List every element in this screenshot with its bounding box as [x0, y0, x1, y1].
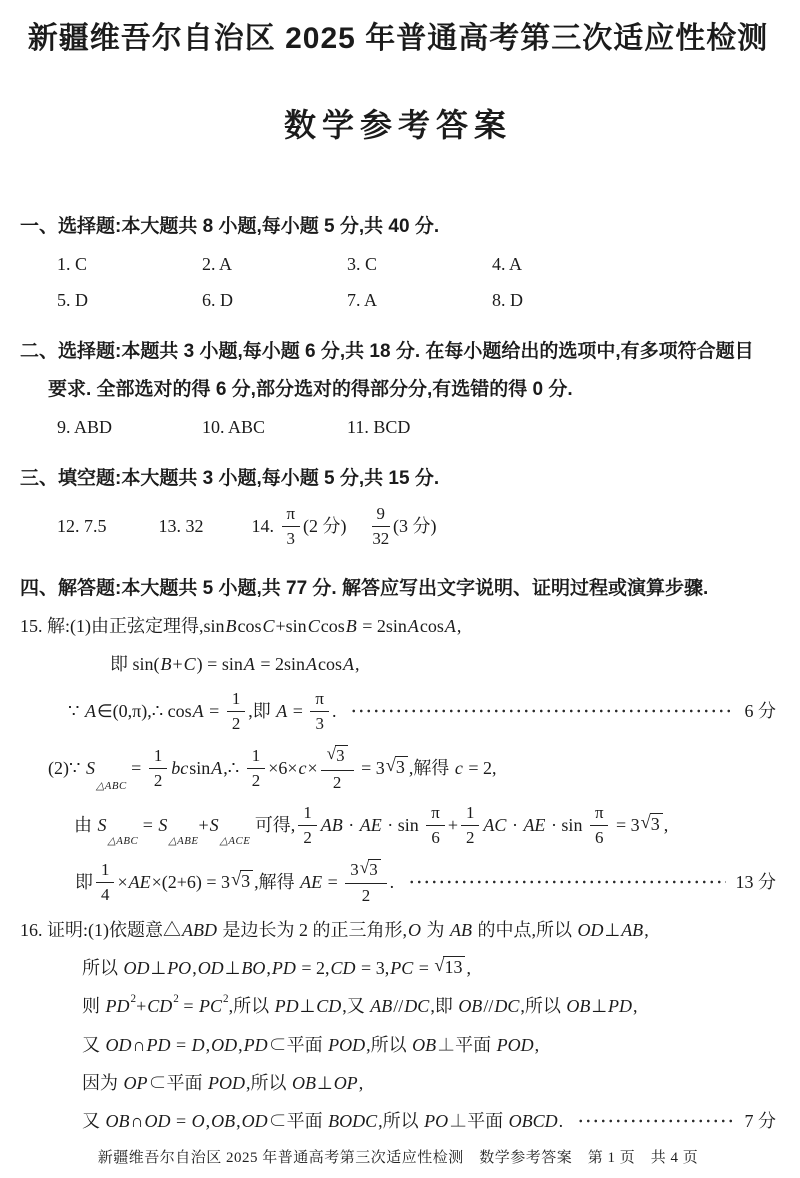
denominator: 2	[252, 769, 260, 790]
text-run: 1	[466, 804, 474, 822]
radicand: 3	[335, 745, 347, 766]
text-run: (2 分)	[303, 513, 347, 539]
denominator: 4	[101, 883, 109, 904]
text-run: +	[173, 651, 183, 677]
math-variable: C	[307, 613, 321, 639]
answer-item: 6. D	[202, 290, 347, 311]
denominator: 2	[362, 884, 370, 905]
answer-item: 4. A	[492, 254, 637, 275]
text-run: 2	[466, 829, 474, 847]
numerator: 1	[149, 746, 167, 769]
section-heading: 二、选择题:本题共 3 小题,每小题 6 分,共 18 分. 在每小题给出的选项…	[20, 339, 776, 402]
math-content: 由 S△ABC = S△ABE+S△ACE 可得,12AB · AE · sin…	[74, 803, 668, 847]
numerator: π	[426, 803, 445, 826]
math-variable: OB	[411, 1032, 437, 1058]
math-variable: PD	[243, 1032, 269, 1058]
math-variable: OD	[123, 955, 151, 981]
math-variable: B	[345, 613, 358, 639]
math-variable: CD	[315, 993, 342, 1019]
numerator: 1	[96, 860, 114, 883]
text-run: 所以	[82, 955, 123, 981]
text-run: ×(2+6) = 3	[152, 869, 230, 895]
math-variable: AB	[620, 917, 644, 943]
solution-line: 16. 证明:(1)依题意△ABD 是边长为 2 的正三角形,O 为 AB 的中…	[20, 917, 776, 943]
denominator: 2	[154, 769, 162, 790]
solution-line: 即14×AE×(2+6) = 3√3,解得 AE = 3√32.13 分	[20, 859, 776, 905]
text-run: 2	[232, 715, 240, 733]
math-variable: PO	[423, 1108, 449, 1134]
fraction: π6	[590, 803, 609, 847]
dotted-leader	[577, 1113, 734, 1129]
text-run: = 2sin	[358, 613, 407, 639]
math-variable: POD	[207, 1070, 246, 1096]
math-variable: OD	[144, 1108, 172, 1134]
math-variable: c	[454, 755, 464, 781]
text-run: 2	[154, 772, 162, 790]
text-run: ⊥	[225, 955, 241, 981]
math-variable: PC	[198, 993, 223, 1019]
math-variable: S	[85, 755, 96, 781]
numerator: 1	[227, 689, 245, 712]
math-variable: DC	[493, 993, 520, 1019]
text-run: 12. 7.5	[57, 513, 107, 539]
math-variable: A	[243, 651, 256, 677]
text-run: ,	[633, 993, 638, 1019]
math-variable: OP	[123, 1070, 149, 1096]
math-variable: PD	[274, 993, 300, 1019]
section-heading: 三、填空题:本大题共 3 小题,每小题 5 分,共 15 分.	[20, 466, 776, 492]
text-run: 2	[303, 829, 311, 847]
math-variable: B	[225, 613, 238, 639]
text-run: = 3	[357, 755, 385, 781]
math-variable: OB	[457, 993, 483, 1019]
radicand: 3	[240, 870, 253, 892]
text-run: ⊂平面	[269, 1032, 328, 1058]
section-heading: 四、解答题:本大题共 5 小题,共 77 分. 解答应写出文字说明、证明过程或演…	[20, 576, 776, 602]
math-variable: AE	[522, 812, 546, 838]
text-run: //	[483, 993, 493, 1019]
text-run: ⊂平面	[269, 1108, 328, 1134]
text-run: 2	[362, 887, 370, 905]
text-run: ⊥	[317, 1070, 333, 1096]
text-run: ,所以	[520, 993, 565, 1019]
text-run: (2)∵	[48, 755, 85, 781]
denominator: 6	[595, 826, 603, 847]
section-heading-line: 二、选择题:本题共 3 小题,每小题 6 分,共 18 分. 在每小题给出的选项…	[20, 339, 776, 365]
solution-line: 15. 解:(1)由正弦定理得,sinBcosC+sinCcosB = 2sin…	[20, 613, 776, 639]
text-run: ,∴	[223, 755, 243, 781]
text-run: ,	[359, 1070, 364, 1096]
denominator: 2	[333, 771, 341, 792]
solution-line: (2)∵ S△ABC = 12bcsinA,∴ 12×6×c×√32 = 3√3…	[20, 745, 776, 791]
text-run: 为	[422, 917, 449, 943]
text-run: =	[138, 812, 157, 838]
text-run: ·	[507, 812, 522, 838]
text-run: 3	[651, 815, 660, 835]
answer-row: 1. C2. A3. C4. A	[20, 254, 776, 275]
numerator: 1	[298, 803, 316, 826]
text-run: 又	[82, 1032, 105, 1058]
sqrt-radical: √3	[231, 870, 253, 892]
spacer-gap	[347, 525, 369, 526]
denominator: 2	[466, 826, 474, 847]
math-content: 15. 解:(1)由正弦定理得,sinBcosC+sinCcosB = 2sin…	[20, 613, 461, 639]
text-run: 3	[336, 747, 344, 766]
solution-line: 又 OD∩PD = D,OD,PD⊂平面 POD,所以 OB⊥平面 POD,	[20, 1032, 776, 1058]
text-run: ⊥平面	[449, 1108, 508, 1134]
text-run: ⊥平面	[437, 1032, 496, 1058]
math-variable: OB	[105, 1108, 131, 1134]
section-heading-line: 三、填空题:本大题共 3 小题,每小题 5 分,共 15 分.	[20, 466, 776, 492]
math-variable: OB	[291, 1070, 317, 1096]
math-variable: S	[157, 812, 168, 838]
math-variable: AB	[449, 917, 473, 943]
math-variable: A	[305, 651, 318, 677]
math-variable: OBCD	[508, 1108, 559, 1134]
text-run: ∈(0,π),∴ cos	[97, 698, 192, 724]
text-run: 3	[396, 758, 405, 778]
answer-row: 9. ABD10. ABC11. BCD	[20, 417, 776, 438]
math-content: 则 PD2+CD2 = PC2,所以 PD⊥CD,又 AB//DC,即 OB//…	[82, 993, 638, 1019]
math-variable: AE	[359, 812, 383, 838]
sqrt-radical: √3	[327, 745, 348, 766]
text-run: =	[414, 955, 433, 981]
math-variable: PD	[146, 1032, 172, 1058]
solution-line: 因为 OP⊂平面 POD,所以 OB⊥OP,	[20, 1070, 776, 1096]
math-content: 又 OD∩PD = D,OD,PD⊂平面 POD,所以 OB⊥平面 POD,	[82, 1032, 539, 1058]
text-run: ⊥	[151, 955, 167, 981]
solution-line: 12. 7.513. 3214. π3(2 分)932(3 分)	[20, 504, 776, 548]
subscript: △ABE	[168, 834, 198, 850]
text-run: 13. 32	[159, 513, 204, 539]
numerator: 1	[461, 803, 479, 826]
text-run: 1	[303, 804, 311, 822]
text-run: 3	[315, 715, 323, 733]
text-run: 1	[101, 861, 109, 879]
radicand: 3	[395, 756, 408, 778]
math-variable: OD	[577, 917, 605, 943]
fraction: 12	[149, 746, 167, 790]
text-run: 3	[350, 861, 358, 879]
solution-line: 所以 OD⊥PO,OD⊥BO,PD = 2,CD = 3,PC = √13,	[20, 955, 776, 981]
answer-item: 8. D	[492, 290, 637, 311]
math-content: 即14×AE×(2+6) = 3√3,解得 AE = 3√32.	[75, 859, 394, 905]
superscript: 2	[131, 991, 137, 1007]
text-run: 因为	[82, 1070, 123, 1096]
solution-line: 则 PD2+CD2 = PC2,所以 PD⊥CD,又 AB//DC,即 OB//…	[20, 993, 776, 1019]
text-run: ×	[117, 869, 127, 895]
denominator: 2	[232, 712, 240, 733]
solution-line: ∵ A∈(0,π),∴ cosA = 12,即 A = π3.6 分	[20, 689, 776, 733]
text-run: · sin	[383, 812, 424, 838]
math-variable: OP	[333, 1070, 359, 1096]
text-run: 14.	[252, 513, 279, 539]
math-variable: AB	[369, 993, 393, 1019]
solution-line: 又 OB∩OD = O,OB,OD⊂平面 BODC,所以 PO⊥平面 OBCD.…	[20, 1108, 776, 1134]
text-run: ∵	[68, 698, 84, 724]
text-run: 2	[252, 772, 260, 790]
section-heading-line: 一、选择题:本大题共 8 小题,每小题 5 分,共 40 分.	[20, 214, 776, 240]
text-run: 6	[431, 829, 439, 847]
text-run: ,又	[342, 993, 369, 1019]
radicand: 3	[650, 813, 663, 835]
numerator: 3√3	[345, 859, 386, 885]
text-run: //	[393, 993, 403, 1019]
radicand: 3	[368, 859, 380, 880]
fraction: 3√32	[345, 859, 386, 905]
text-run: ×6×	[268, 755, 297, 781]
text-run: =	[323, 869, 342, 895]
answer-item: 11. BCD	[347, 417, 492, 438]
text-run: = 2,	[464, 755, 497, 781]
math-variable: PD	[607, 993, 633, 1019]
text-run: 由	[74, 812, 97, 838]
math-variable: A	[192, 698, 205, 724]
text-run: .	[390, 869, 395, 895]
text-run: 即	[75, 869, 93, 895]
text-run: ,所以	[229, 993, 274, 1019]
document-page: 新疆维吾尔自治区 2025 年普通高考第三次适应性检测 数学参考答案 一、选择题…	[0, 0, 800, 1178]
text-run: .	[332, 698, 337, 724]
text-run: ,	[535, 1032, 540, 1058]
math-variable: C	[262, 613, 276, 639]
text-run: ∩	[133, 1032, 146, 1058]
sqrt-radical: √3	[386, 756, 408, 778]
fraction: 12	[461, 803, 479, 847]
text-run: 6	[595, 829, 603, 847]
math-variable: A	[444, 613, 457, 639]
math-variable: A	[342, 651, 355, 677]
fraction: 12	[247, 746, 265, 790]
answer-item: 7. A	[347, 290, 492, 311]
dotted-leader	[350, 703, 734, 719]
text-run: 1	[252, 747, 260, 765]
fraction: 932	[372, 504, 390, 548]
math-variable: PD	[105, 993, 131, 1019]
text-run: π	[287, 505, 296, 523]
math-variable: BODC	[327, 1108, 378, 1134]
math-variable: OD	[241, 1108, 269, 1134]
text-run: π	[595, 804, 604, 822]
math-variable: DC	[403, 993, 430, 1019]
text-run: +sin	[276, 613, 307, 639]
math-variable: O	[191, 1108, 206, 1134]
math-variable: c	[298, 755, 308, 781]
text-run: ·	[344, 812, 359, 838]
text-run: ×	[308, 755, 318, 781]
text-run: ,所以	[378, 1108, 423, 1134]
math-variable: POD	[496, 1032, 535, 1058]
text-run: ,即	[430, 993, 457, 1019]
superscript: 2	[223, 991, 229, 1007]
sqrt-radical: √13	[434, 956, 465, 978]
math-variable: PD	[271, 955, 297, 981]
text-run: sin	[189, 755, 210, 781]
text-run: 1	[154, 747, 162, 765]
math-variable: B	[160, 651, 173, 677]
text-run: =	[205, 698, 224, 724]
subscript: △ACE	[220, 834, 251, 850]
text-run: 2	[333, 774, 341, 792]
math-variable: A	[407, 613, 420, 639]
math-variable: AC	[482, 812, 507, 838]
text-run: 32	[372, 530, 389, 548]
math-variable: AE	[299, 869, 323, 895]
math-variable: bc	[170, 755, 189, 781]
text-run: =	[179, 993, 198, 1019]
page-title: 新疆维吾尔自治区 2025 年普通高考第三次适应性检测	[20, 20, 776, 58]
text-run: 1	[232, 690, 240, 708]
text-run: ) = sin	[197, 651, 243, 677]
denominator: 2	[303, 826, 311, 847]
text-run: ,即	[248, 698, 275, 724]
answer-item: 3. C	[347, 254, 492, 275]
math-content: ∵ A∈(0,π),∴ cosA = 12,即 A = π3.	[68, 689, 336, 733]
sqrt-radical: √3	[641, 813, 663, 835]
text-run: ⊥	[605, 917, 621, 943]
text-run: cos	[238, 613, 262, 639]
math-variable: OD	[210, 1032, 238, 1058]
solution-line: 即 sin(B+C) = sinA = 2sinAcosA,	[20, 651, 776, 677]
math-variable: ABD	[181, 917, 218, 943]
text-run: 是边长为 2 的正三角形,	[218, 917, 407, 943]
section-heading: 一、选择题:本大题共 8 小题,每小题 5 分,共 40 分.	[20, 214, 776, 240]
fraction: π3	[310, 689, 329, 733]
fraction: π3	[282, 504, 301, 548]
text-run: ∩	[131, 1108, 144, 1134]
math-variable: AB	[320, 812, 344, 838]
spacer-gap	[107, 525, 159, 526]
section-heading-line: 要求. 全部选对的得 6 分,部分选对的得部分分,有选错的得 0 分.	[20, 377, 776, 403]
text-run: π	[315, 690, 324, 708]
answer-item: 1. C	[57, 254, 202, 275]
text-run: 的中点,所以	[473, 917, 577, 943]
math-variable: S	[97, 812, 108, 838]
text-run: ,	[355, 651, 360, 677]
numerator: π	[590, 803, 609, 826]
superscript: 2	[173, 991, 179, 1007]
math-variable: OB	[210, 1108, 236, 1134]
numerator: 1	[247, 746, 265, 769]
text-run: 16. 证明:(1)依题意△	[20, 917, 181, 943]
math-variable: OD	[197, 955, 225, 981]
math-content: 所以 OD⊥PO,OD⊥BO,PD = 2,CD = 3,PC = √13,	[82, 955, 471, 981]
text-run: = 3	[611, 812, 639, 838]
radicand: 13	[443, 956, 465, 978]
answer-item: 2. A	[202, 254, 347, 275]
numerator: π	[310, 689, 329, 712]
text-run: cos	[420, 613, 444, 639]
math-variable: OD	[105, 1032, 133, 1058]
answer-row: 5. D6. D7. A8. D	[20, 290, 776, 311]
text-run: = 2sin	[256, 651, 305, 677]
math-content: 又 OB∩OD = O,OB,OD⊂平面 BODC,所以 PO⊥平面 OBCD.	[82, 1108, 563, 1134]
section-heading-line: 四、解答题:本大题共 5 小题,共 77 分. 解答应写出文字说明、证明过程或演…	[20, 576, 776, 602]
numerator: √3	[321, 745, 354, 771]
denominator: 3	[287, 527, 295, 548]
math-variable: CD	[330, 955, 357, 981]
text-run: 可得,	[250, 812, 295, 838]
math-variable: A	[275, 698, 288, 724]
math-variable: A	[210, 755, 223, 781]
math-variable: A	[84, 698, 97, 724]
text-run: ⊥	[300, 993, 316, 1019]
score-label: 6 分	[745, 698, 777, 724]
math-variable: S	[209, 812, 220, 838]
denominator: 3	[315, 712, 323, 733]
text-run: 15. 解:(1)由正弦定理得,sin	[20, 613, 225, 639]
dotted-leader	[408, 874, 725, 890]
denominator: 6	[431, 826, 439, 847]
text-run: 3	[287, 530, 295, 548]
score-label: 13 分	[736, 869, 777, 895]
text-run: 9	[377, 505, 385, 523]
spacer-gap	[204, 525, 252, 526]
math-variable: BO	[240, 955, 266, 981]
text-run: ,解得	[254, 869, 299, 895]
sqrt-radical: √3	[360, 859, 381, 880]
math-content: 12. 7.513. 3214. π3(2 分)932(3 分)	[57, 504, 437, 548]
text-run: ,	[664, 812, 669, 838]
text-run: =	[172, 1032, 191, 1058]
fraction: 14	[96, 860, 114, 904]
math-content: (2)∵ S△ABC = 12bcsinA,∴ 12×6×c×√32 = 3√3…	[48, 745, 496, 791]
math-variable: OB	[565, 993, 591, 1019]
text-run: ,所以	[366, 1032, 411, 1058]
text-run: 则	[82, 993, 105, 1019]
numerator: 9	[372, 504, 390, 527]
text-run: ,解得	[409, 755, 454, 781]
math-variable: AE	[128, 869, 152, 895]
answer-item: 10. ABC	[202, 417, 347, 438]
text-run: +	[448, 812, 458, 838]
text-run: ⊂平面	[149, 1070, 208, 1096]
text-run: = 2,	[297, 955, 330, 981]
subscript: △ABC	[108, 834, 139, 850]
fraction: 12	[298, 803, 316, 847]
text-run: 13	[444, 958, 462, 978]
math-content: 即 sin(B+C) = sinA = 2sinAcosA,	[110, 651, 360, 677]
fraction: π6	[426, 803, 445, 847]
text-run: 3	[241, 872, 250, 892]
text-run: =	[172, 1108, 191, 1134]
text-run: ,	[457, 613, 462, 639]
text-run: ,	[644, 917, 649, 943]
text-run: .	[559, 1108, 564, 1134]
text-run: ,	[466, 955, 471, 981]
subscript: △ABC	[96, 779, 127, 795]
text-run: ,所以	[246, 1070, 291, 1096]
answer-item: 9. ABD	[57, 417, 202, 438]
text-run: =	[127, 755, 146, 781]
math-variable: POD	[327, 1032, 366, 1058]
math-content: 因为 OP⊂平面 POD,所以 OB⊥OP,	[82, 1070, 363, 1096]
text-run: 3	[369, 861, 377, 880]
text-run: +	[136, 993, 146, 1019]
math-variable: PO	[166, 955, 192, 981]
math-variable: CD	[146, 993, 173, 1019]
text-run: 即 sin(	[110, 651, 160, 677]
text-run: 又	[82, 1108, 105, 1134]
page-subtitle: 数学参考答案	[20, 100, 776, 146]
math-variable: PC	[389, 955, 414, 981]
math-variable: C	[183, 651, 197, 677]
text-run: = 3,	[357, 955, 390, 981]
text-run: cos	[318, 651, 342, 677]
text-run: cos	[321, 613, 345, 639]
fraction: √32	[321, 745, 354, 791]
text-run: ⊥	[591, 993, 607, 1019]
